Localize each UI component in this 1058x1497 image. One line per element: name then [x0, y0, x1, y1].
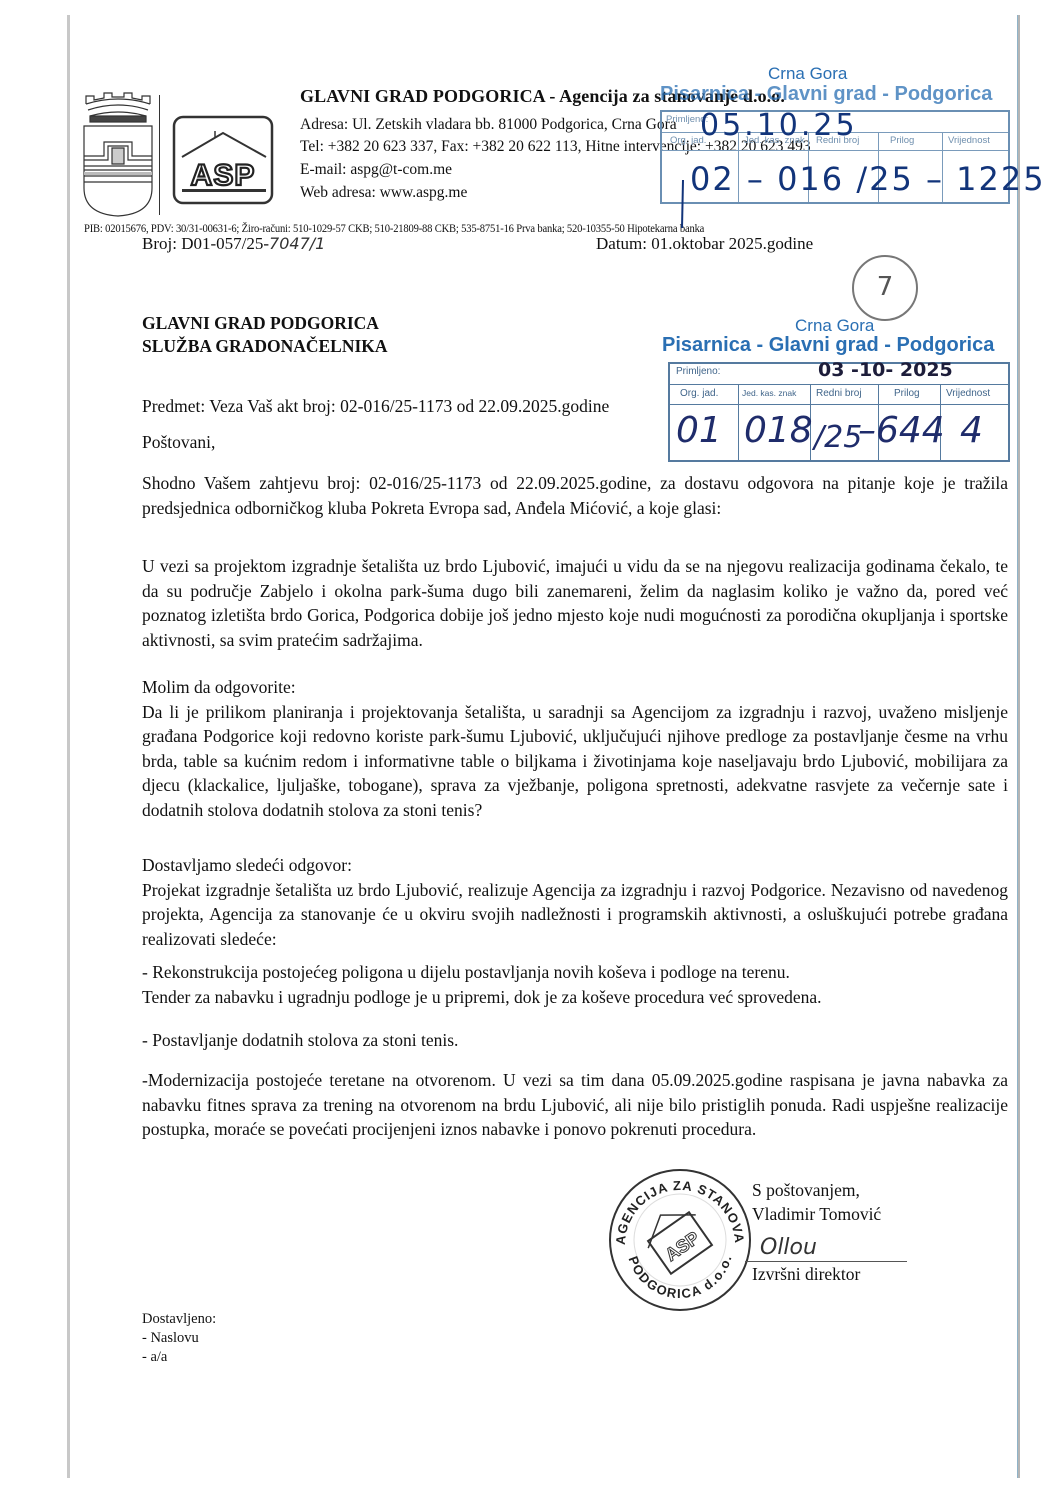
stamp-second-office: Pisarnica - Glavni grad - Podgorica [662, 334, 994, 357]
stamp-top-country: Crna Gora [768, 64, 847, 84]
delivered-item: - a/a [142, 1348, 216, 1367]
stamp-top-col: Vrijednost [948, 135, 990, 146]
subject-line: Predmet: Veza Vaš akt broj: 02-016/25-11… [142, 396, 609, 417]
answer-text: Projekat izgradnje šetališta uz brdo Lju… [142, 878, 1008, 952]
stamp-second-col: Vrijednost [946, 388, 990, 399]
scan-edge-right [1017, 15, 1020, 1478]
signatory-title: Izvršni direktor [752, 1264, 860, 1285]
asp-logo-icon: ASP [172, 115, 274, 205]
agency-seal-icon: AGENCIJA ZA STANOVANJE PODGORICA d.o.o. … [605, 1165, 755, 1315]
web-line: Web adresa: www.aspg.me [300, 184, 467, 202]
svg-text:ASP: ASP [661, 1227, 703, 1265]
reference-label: Broj: D01-057/25- [142, 234, 269, 253]
delivered-item: - Naslovu [142, 1329, 216, 1348]
question-text: Da li je prilikom planiranja i projektov… [142, 700, 1008, 823]
answer-lead: Dostavljamo sledeći odgovor: [142, 853, 1008, 878]
stamp-second-value: /25 [814, 420, 862, 455]
question-lead: Molim da odgovorite: [142, 675, 1008, 700]
signatory-name: Vladimir Tomović [752, 1202, 881, 1226]
stamp-second-received-date: 03 -10- 2025 [818, 359, 953, 381]
circled-page-number: 7 [852, 255, 918, 321]
reference-handwritten: 7047/1 [269, 234, 325, 253]
body-paragraph-question: Molim da odgovorite: Da li je prilikom p… [142, 675, 1008, 822]
handwritten-signature: Ollou [760, 1235, 817, 1260]
reference-number: Broj: D01-057/25-7047/1 [142, 234, 325, 254]
answer-item-1-text: - Rekonstrukcija postojećeg poligona u d… [142, 960, 1008, 985]
stamp-second-col: Redni broj [816, 388, 862, 399]
svg-text:ASP: ASP [191, 159, 256, 192]
stamp-second-value: –644 [858, 410, 945, 451]
stamp-top-office: Pisarnica - Glavni grad - Podgorica [660, 83, 992, 106]
answer-item-3: -Modernizacija postojeće teretane na otv… [142, 1068, 1008, 1142]
stamp-second-col: Org. jad. [680, 388, 718, 399]
answer-item-1-detail: Tender za nabavku i ugradnju podloge je … [142, 985, 1008, 1010]
stamp-second-value: 018 [744, 410, 813, 451]
stamp-second-value: 01 [676, 410, 722, 451]
seal-text-bottom: PODGORICA d.o.o. [626, 1253, 735, 1301]
recipient-line-2: SLUŽBA GRADONAČELNIKA [142, 335, 388, 358]
body-paragraph-intro: Shodno Vašem zahtjevu broj: 02-016/25-11… [142, 471, 1008, 520]
scan-edge-left [67, 15, 70, 1478]
recipient-block: GLAVNI GRAD PODGORICA SLUŽBA GRADONAČELN… [142, 312, 388, 358]
delivered-label: Dostavljeno: [142, 1310, 216, 1329]
email-line: E-mail: aspg@t-com.me [300, 161, 452, 179]
answer-item-1: - Rekonstrukcija postojećeg poligona u d… [142, 960, 1008, 1009]
signature-line [745, 1261, 907, 1262]
stamp-second-received-label: Primljeno: [676, 366, 720, 377]
body-paragraph-answer: Dostavljamo sledeći odgovor: Projekat iz… [142, 853, 1008, 951]
address-line: Adresa: Ul. Zetskih vladara bb. 81000 Po… [300, 116, 677, 134]
document-date: Datum: 01.oktobar 2025.godine [596, 234, 813, 254]
stamp-top-col: Prilog [890, 135, 914, 146]
stamp-second-col: Prilog [894, 388, 920, 399]
stamp-second-value: 4 [960, 410, 983, 451]
recipient-line-1: GLAVNI GRAD PODGORICA [142, 312, 388, 335]
stamp-top-handwritten-number: 02 – 016 /25 – 1225 [690, 160, 1046, 198]
stamp-top-handwritten-date: 05.10.25 [700, 108, 858, 143]
signature-block: S poštovanjem, Vladimir Tomović [752, 1178, 881, 1226]
closing: S poštovanjem, [752, 1178, 881, 1202]
answer-item-2: - Postavljanje dodatnih stolova za stoni… [142, 1028, 1008, 1053]
svg-text:PODGORICA d.o.o.: PODGORICA d.o.o. [626, 1253, 735, 1301]
stamp-pen-stroke [680, 180, 686, 230]
stamp-second-country: Crna Gora [795, 316, 874, 336]
salutation: Poštovani, [142, 432, 215, 453]
stamp-second-col: Jed. kas. znak [742, 388, 796, 398]
body-paragraph-question-context: U vezi sa projektom izgradnje šetališta … [142, 554, 1008, 652]
delivered-to: Dostavljeno: - Naslovu - a/a [142, 1310, 216, 1367]
logo-divider [159, 95, 160, 215]
city-crest-icon [82, 90, 154, 218]
